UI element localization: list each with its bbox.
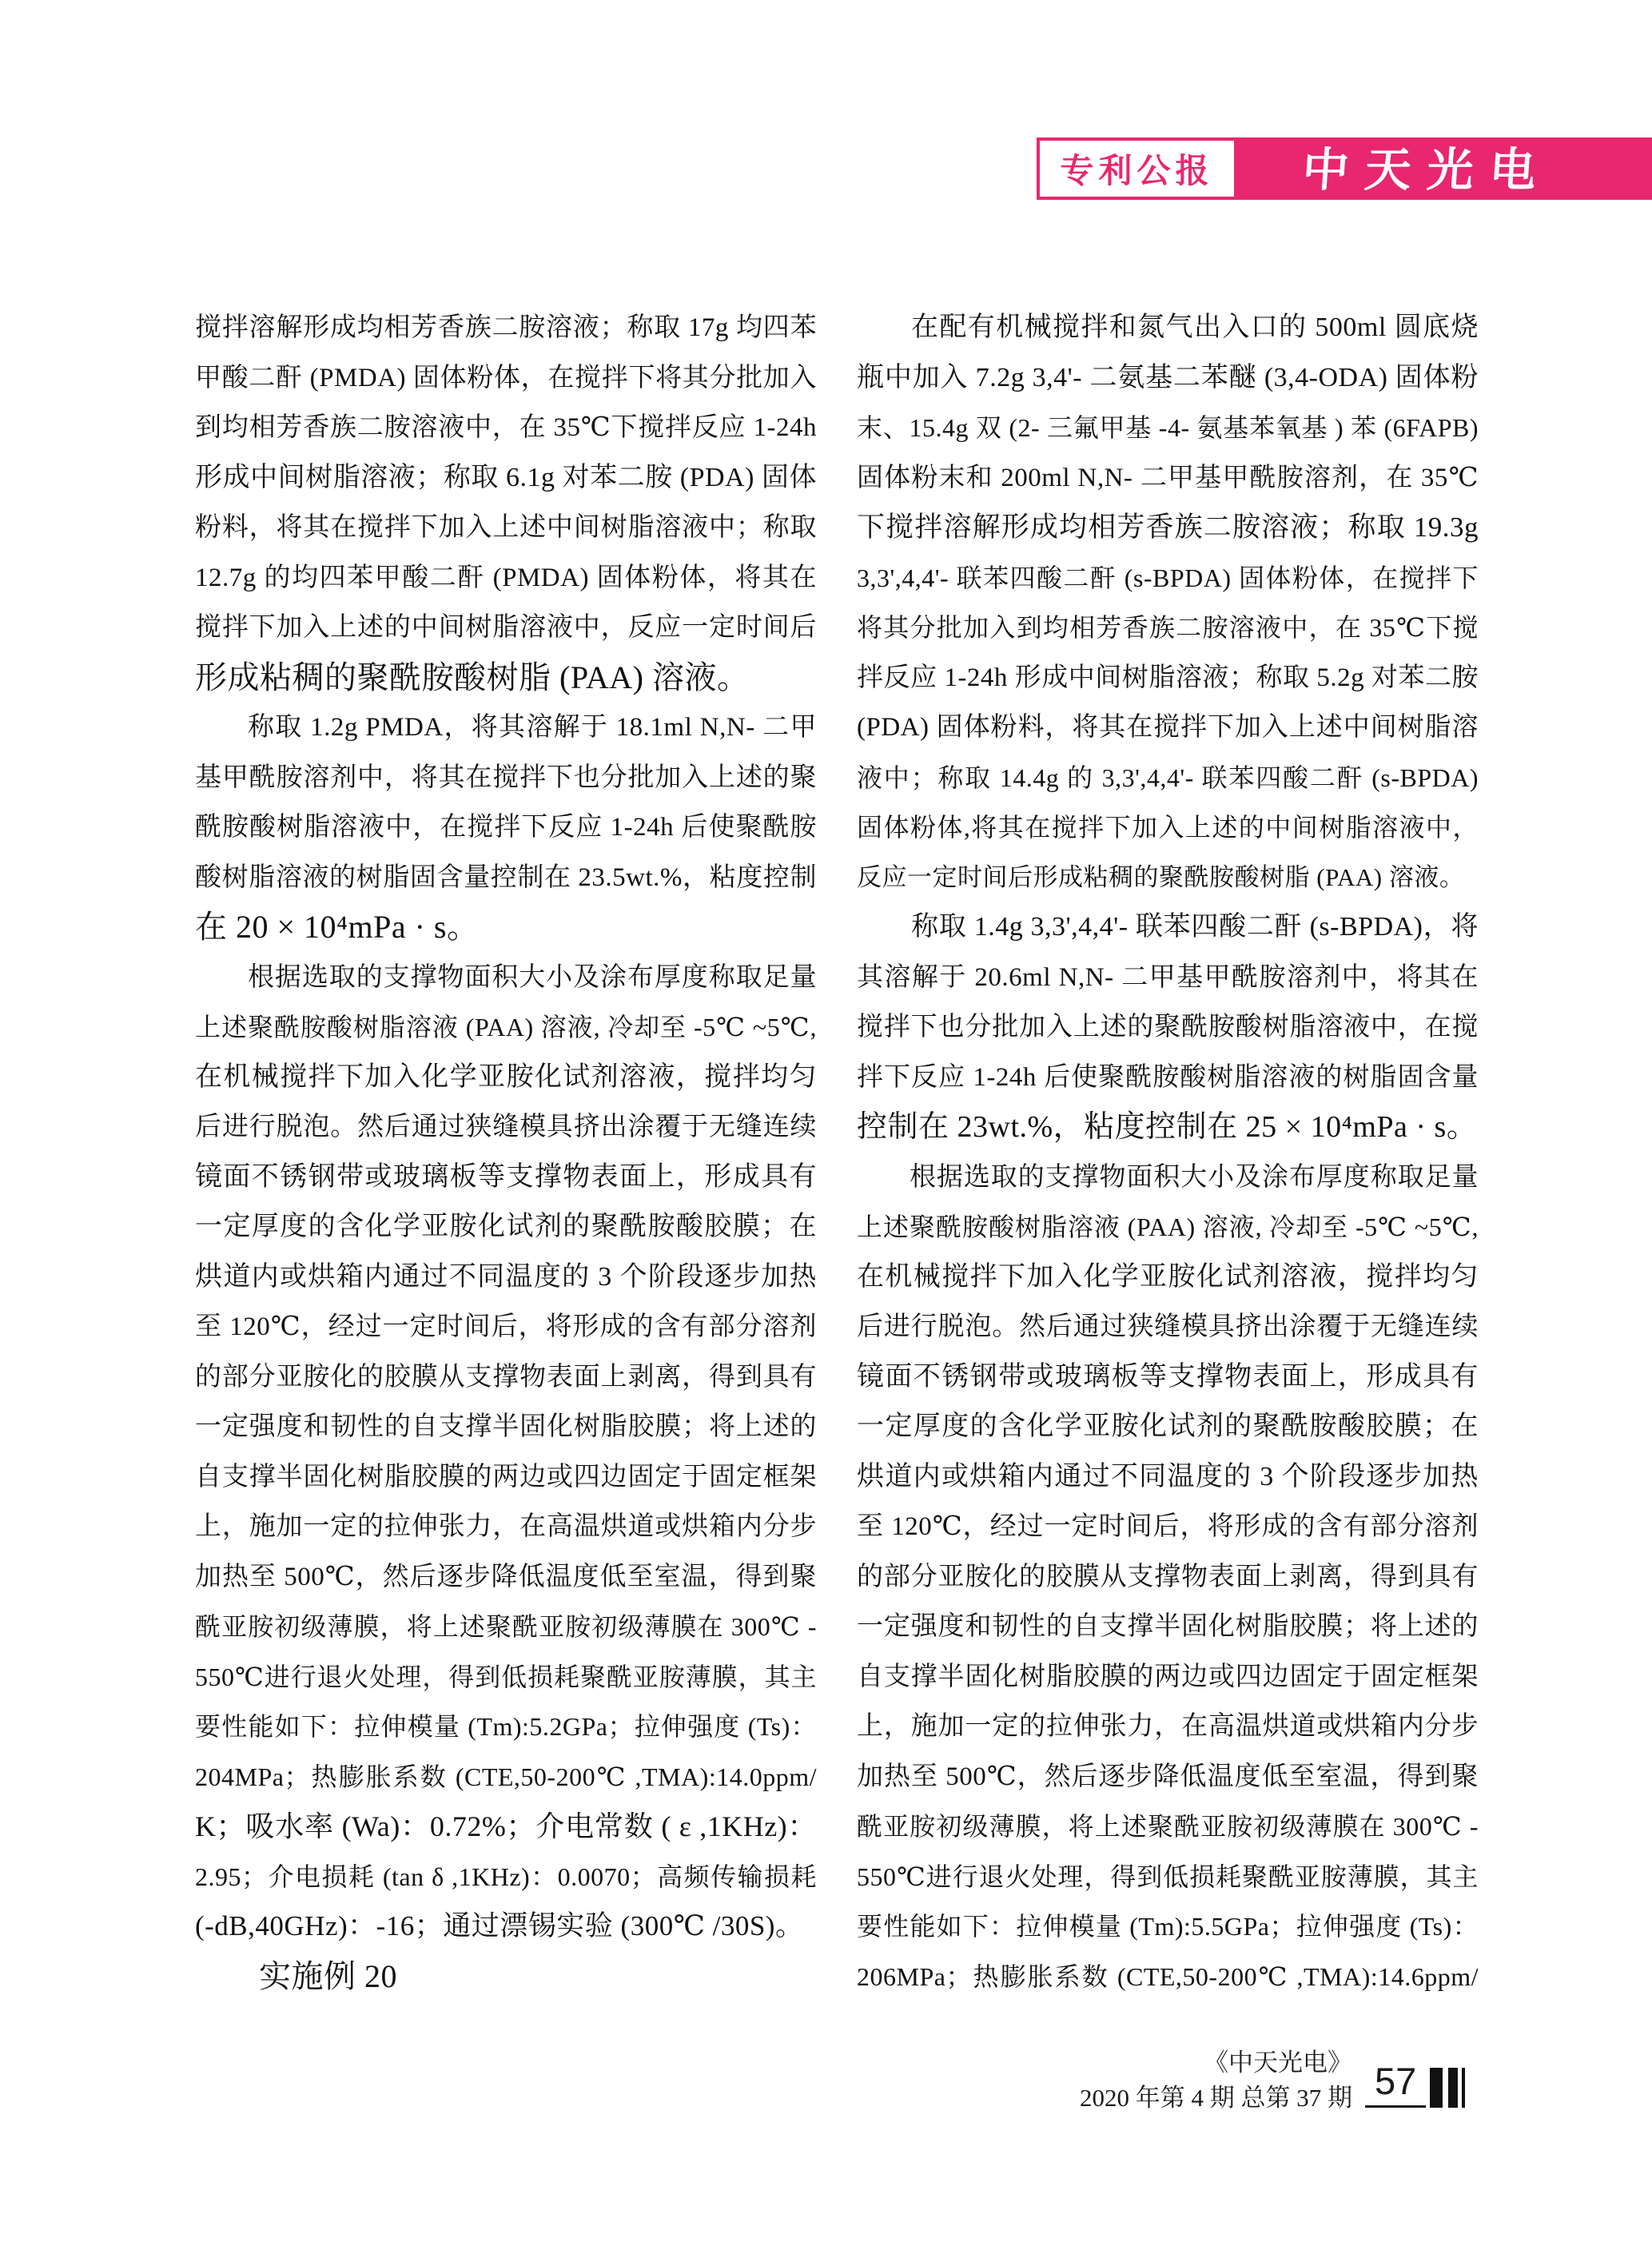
text-line: 称取 1.2g PMDA，将其溶解于 18.1ml N,N- 二甲 (195, 703, 817, 753)
text-line: 其溶解于 20.6ml N,N- 二甲基甲酰胺溶剂中，将其在 (857, 953, 1479, 1003)
footer-meta: 《中天光电》 2020 年第 4 期 总第 37 期 (991, 2045, 1352, 2116)
text-line: 实施例 20 (195, 1952, 817, 2002)
text-line: 至 120℃，经过一定时间后，将形成的含有部分溶剂 (195, 1302, 817, 1352)
text-line: 的部分亚胺化的胶膜从支撑物表面上剥离，得到具有 (195, 1352, 817, 1403)
text-line: 一定厚度的含化学亚胺化试剂的聚酰胺酸胶膜；在 (195, 1202, 817, 1252)
text-line: 550℃进行退火处理，得到低损耗聚酰亚胺薄膜，其主 (857, 1852, 1479, 1902)
text-line: 搅拌下也分批加入上述的聚酰胺酸树脂溶液中，在搅 (857, 1002, 1479, 1053)
bar-icon (1448, 2068, 1458, 2108)
text-line: 自支撑半固化树脂胶膜的两边或四边固定于固定框架 (195, 1452, 817, 1503)
text-line: 到均相芳香族二胺溶液中，在 35℃下搅拌反应 1-24h (195, 403, 817, 453)
text-line: 烘道内或烘箱内通过不同温度的 3 个阶段逐步加热 (857, 1452, 1479, 1503)
footer-journal-name: 《中天光电》 (991, 2045, 1352, 2081)
patent-gazette-page: { "colors": { "accent_pink": "#e8276f", … (0, 0, 1652, 2242)
text-line: 控制在 23wt.%，粘度控制在 25 × 10⁴mPa · s。 (857, 1102, 1479, 1153)
patent-gazette-label: 专利公报 (1060, 145, 1213, 193)
body-column-left: 搅拌溶解形成均相芳香族二胺溶液；称取 17g 均四苯甲酸二酐 (PMDA) 固体… (195, 303, 817, 2001)
text-line: 上，施加一定的拉伸张力，在高温烘道或烘箱内分步 (857, 1702, 1479, 1752)
text-line: 基甲酰胺溶剂中，将其在搅拌下也分批加入上述的聚 (195, 753, 817, 803)
text-line: 根据选取的支撑物面积大小及涂布厚度称取足量 (195, 953, 817, 1003)
text-line: 固体粉体,将其在搅拌下加入上述的中间树脂溶液中， (857, 802, 1479, 853)
text-line: 的部分亚胺化的胶膜从支撑物表面上剥离，得到具有 (857, 1552, 1479, 1603)
text-line: 将其分批加入到均相芳香族二胺溶液中，在 35℃下搅 (857, 603, 1479, 653)
text-line: 自支撑半固化树脂胶膜的两边或四边固定于固定框架 (857, 1652, 1479, 1702)
text-line: 形成中间树脂溶液；称取 6.1g 对苯二胺 (PDA) 固体 (195, 453, 817, 504)
text-line: 拌下反应 1-24h 后使聚酰胺酸树脂溶液的树脂固含量 (857, 1053, 1479, 1103)
text-line: 206MPa；热膨胀系数 (CTE,50-200℃ ,TMA):14.6ppm/ (857, 1952, 1479, 2002)
text-line: 要性能如下：拉伸模量 (Tm):5.2GPa；拉伸强度 (Ts)： (195, 1702, 817, 1752)
text-line: 12.7g 的均四苯甲酸二酐 (PMDA) 固体粉体，将其在 (195, 553, 817, 603)
text-line: 末、15.4g 双 (2- 三氟甲基 -4- 氨基苯氧基 ) 苯 (6FAPB) (857, 403, 1479, 453)
text-line: 瓶中加入 7.2g 3,4'- 二氨基二苯醚 (3,4-ODA) 固体粉 (857, 353, 1479, 404)
text-line: 204MPa；热膨胀系数 (CTE,50-200℃ ,TMA):14.0ppm/ (195, 1752, 817, 1802)
text-line: 形成粘稠的聚酰胺酸树脂 (PAA) 溶液。 (195, 653, 817, 703)
page-number: 57 (1365, 2062, 1426, 2108)
text-line: 至 120℃，经过一定时间后，将形成的含有部分溶剂 (857, 1502, 1479, 1552)
text-line: 2.95；介电损耗 (tan δ ,1KHz)：0.0070；高频传输损耗 (195, 1852, 817, 1902)
text-line: 称取 1.4g 3,3',4,4'- 联苯四酸二酐 (s-BPDA)，将 (857, 902, 1479, 953)
bar-icon (1430, 2068, 1443, 2108)
brand-logo-text: 中天光电 (1300, 133, 1554, 200)
text-line: 镜面不锈钢带或玻璃板等支撑物表面上，形成具有 (857, 1352, 1479, 1403)
text-line: (-dB,40GHz)：-16；通过漂锡实验 (300℃ /30S)。 (195, 1902, 817, 1952)
text-line: 后进行脱泡。然后通过狭缝模具挤出涂覆于无缝连续 (195, 1102, 817, 1153)
text-line: 酰胺酸树脂溶液中，在搅拌下反应 1-24h 后使聚酰胺 (195, 802, 817, 853)
footer-issue-info: 2020 年第 4 期 总第 37 期 (991, 2081, 1352, 2116)
text-line: 粉料，将其在搅拌下加入上述中间树脂溶液中；称取 (195, 503, 817, 553)
text-line: 烘道内或烘箱内通过不同温度的 3 个阶段逐步加热 (195, 1252, 817, 1303)
text-line: 550℃进行退火处理，得到低损耗聚酰亚胺薄膜，其主 (195, 1652, 817, 1702)
bar-icon (1462, 2068, 1465, 2108)
text-line: 搅拌溶解形成均相芳香族二胺溶液；称取 17g 均四苯 (195, 303, 817, 353)
text-line: 上，施加一定的拉伸张力，在高温烘道或烘箱内分步 (195, 1502, 817, 1552)
text-line: 在 20 × 10⁴mPa · s。 (195, 902, 817, 953)
text-line: 反应一定时间后形成粘稠的聚酰胺酸树脂 (PAA) 溶液。 (857, 853, 1479, 903)
text-line: 酸树脂溶液的树脂固含量控制在 23.5wt.%，粘度控制 (195, 853, 817, 903)
text-line: 固体粉末和 200ml N,N- 二甲基甲酰胺溶剂，在 35℃ (857, 453, 1479, 504)
text-line: 拌反应 1-24h 形成中间树脂溶液；称取 5.2g 对苯二胺 (857, 653, 1479, 703)
text-line: 液中；称取 14.4g 的 3,3',4,4'- 联苯四酸二酐 (s-BPDA) (857, 753, 1479, 803)
text-line: 后进行脱泡。然后通过狭缝模具挤出涂覆于无缝连续 (857, 1302, 1479, 1352)
page-number-block: 57 (1365, 2062, 1465, 2108)
text-line: 搅拌下加入上述的中间树脂溶液中，反应一定时间后 (195, 603, 817, 653)
text-line: 在机械搅拌下加入化学亚胺化试剂溶液，搅拌均匀 (857, 1252, 1479, 1303)
text-line: (PDA) 固体粉料，将其在搅拌下加入上述中间树脂溶 (857, 703, 1479, 753)
text-line: 一定强度和韧性的自支撑半固化树脂胶膜；将上述的 (857, 1602, 1479, 1652)
patent-gazette-badge: 专利公报 (1037, 137, 1237, 200)
text-line: 在机械搅拌下加入化学亚胺化试剂溶液，搅拌均匀 (195, 1053, 817, 1103)
text-line: 加热至 500℃，然后逐步降低温度低至室温，得到聚 (857, 1752, 1479, 1802)
text-line: 一定厚度的含化学亚胺化试剂的聚酰胺酸胶膜；在 (857, 1402, 1479, 1452)
brand-banner: 中天光电 (1237, 137, 1652, 200)
text-line: 镜面不锈钢带或玻璃板等支撑物表面上，形成具有 (195, 1153, 817, 1203)
text-line: 要性能如下：拉伸模量 (Tm):5.5GPa；拉伸强度 (Ts)： (857, 1902, 1479, 1952)
text-line: 上述聚酰胺酸树脂溶液 (PAA) 溶液, 冷却至 -5℃ ~5℃, (857, 1202, 1479, 1252)
text-line: 酰亚胺初级薄膜，将上述聚酰亚胺初级薄膜在 300℃ - (857, 1802, 1479, 1852)
text-line: 一定强度和韧性的自支撑半固化树脂胶膜；将上述的 (195, 1402, 817, 1452)
text-line: 3,3',4,4'- 联苯四酸二酐 (s-BPDA) 固体粉体，在搅拌下 (857, 553, 1479, 603)
text-line: 酰亚胺初级薄膜，将上述聚酰亚胺初级薄膜在 300℃ - (195, 1602, 817, 1652)
text-line: 上述聚酰胺酸树脂溶液 (PAA) 溶液, 冷却至 -5℃ ~5℃, (195, 1002, 817, 1053)
text-line: 根据选取的支撑物面积大小及涂布厚度称取足量 (857, 1153, 1479, 1203)
body-column-right: 在配有机械搅拌和氮气出入口的 500ml 圆底烧瓶中加入 7.2g 3,4'- … (857, 303, 1479, 2001)
text-line: 加热至 500℃，然后逐步降低温度低至室温，得到聚 (195, 1552, 817, 1603)
text-line: 下搅拌溶解形成均相芳香族二胺溶液；称取 19.3g (857, 503, 1479, 553)
page-number-bars-icon (1430, 2068, 1465, 2108)
text-line: 甲酸二酐 (PMDA) 固体粉体，在搅拌下将其分批加入 (195, 353, 817, 404)
text-line: K；吸水率 (Wa)：0.72%；介电常数 ( ε ,1KHz)： (195, 1802, 817, 1852)
text-line: 在配有机械搅拌和氮气出入口的 500ml 圆底烧 (857, 303, 1479, 353)
